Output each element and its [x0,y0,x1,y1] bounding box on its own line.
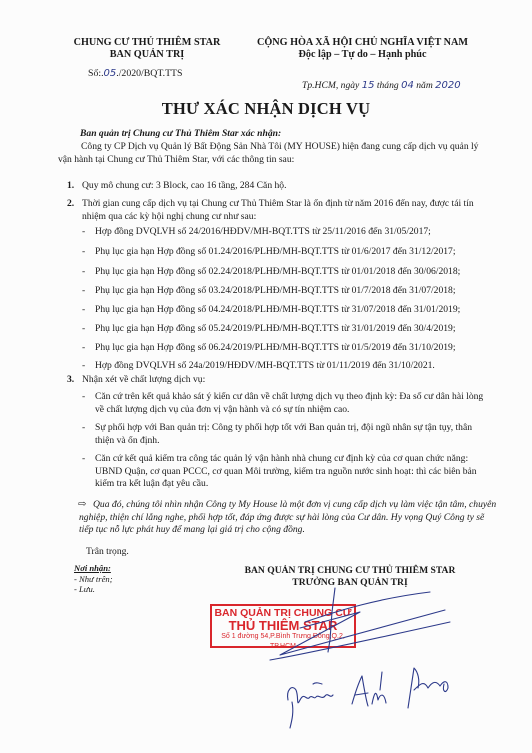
handwritten-signature [0,0,532,753]
document-page: CHUNG CƯ THỦ THIÊM STAR BAN QUẢN TRỊ CỘN… [0,0,532,753]
